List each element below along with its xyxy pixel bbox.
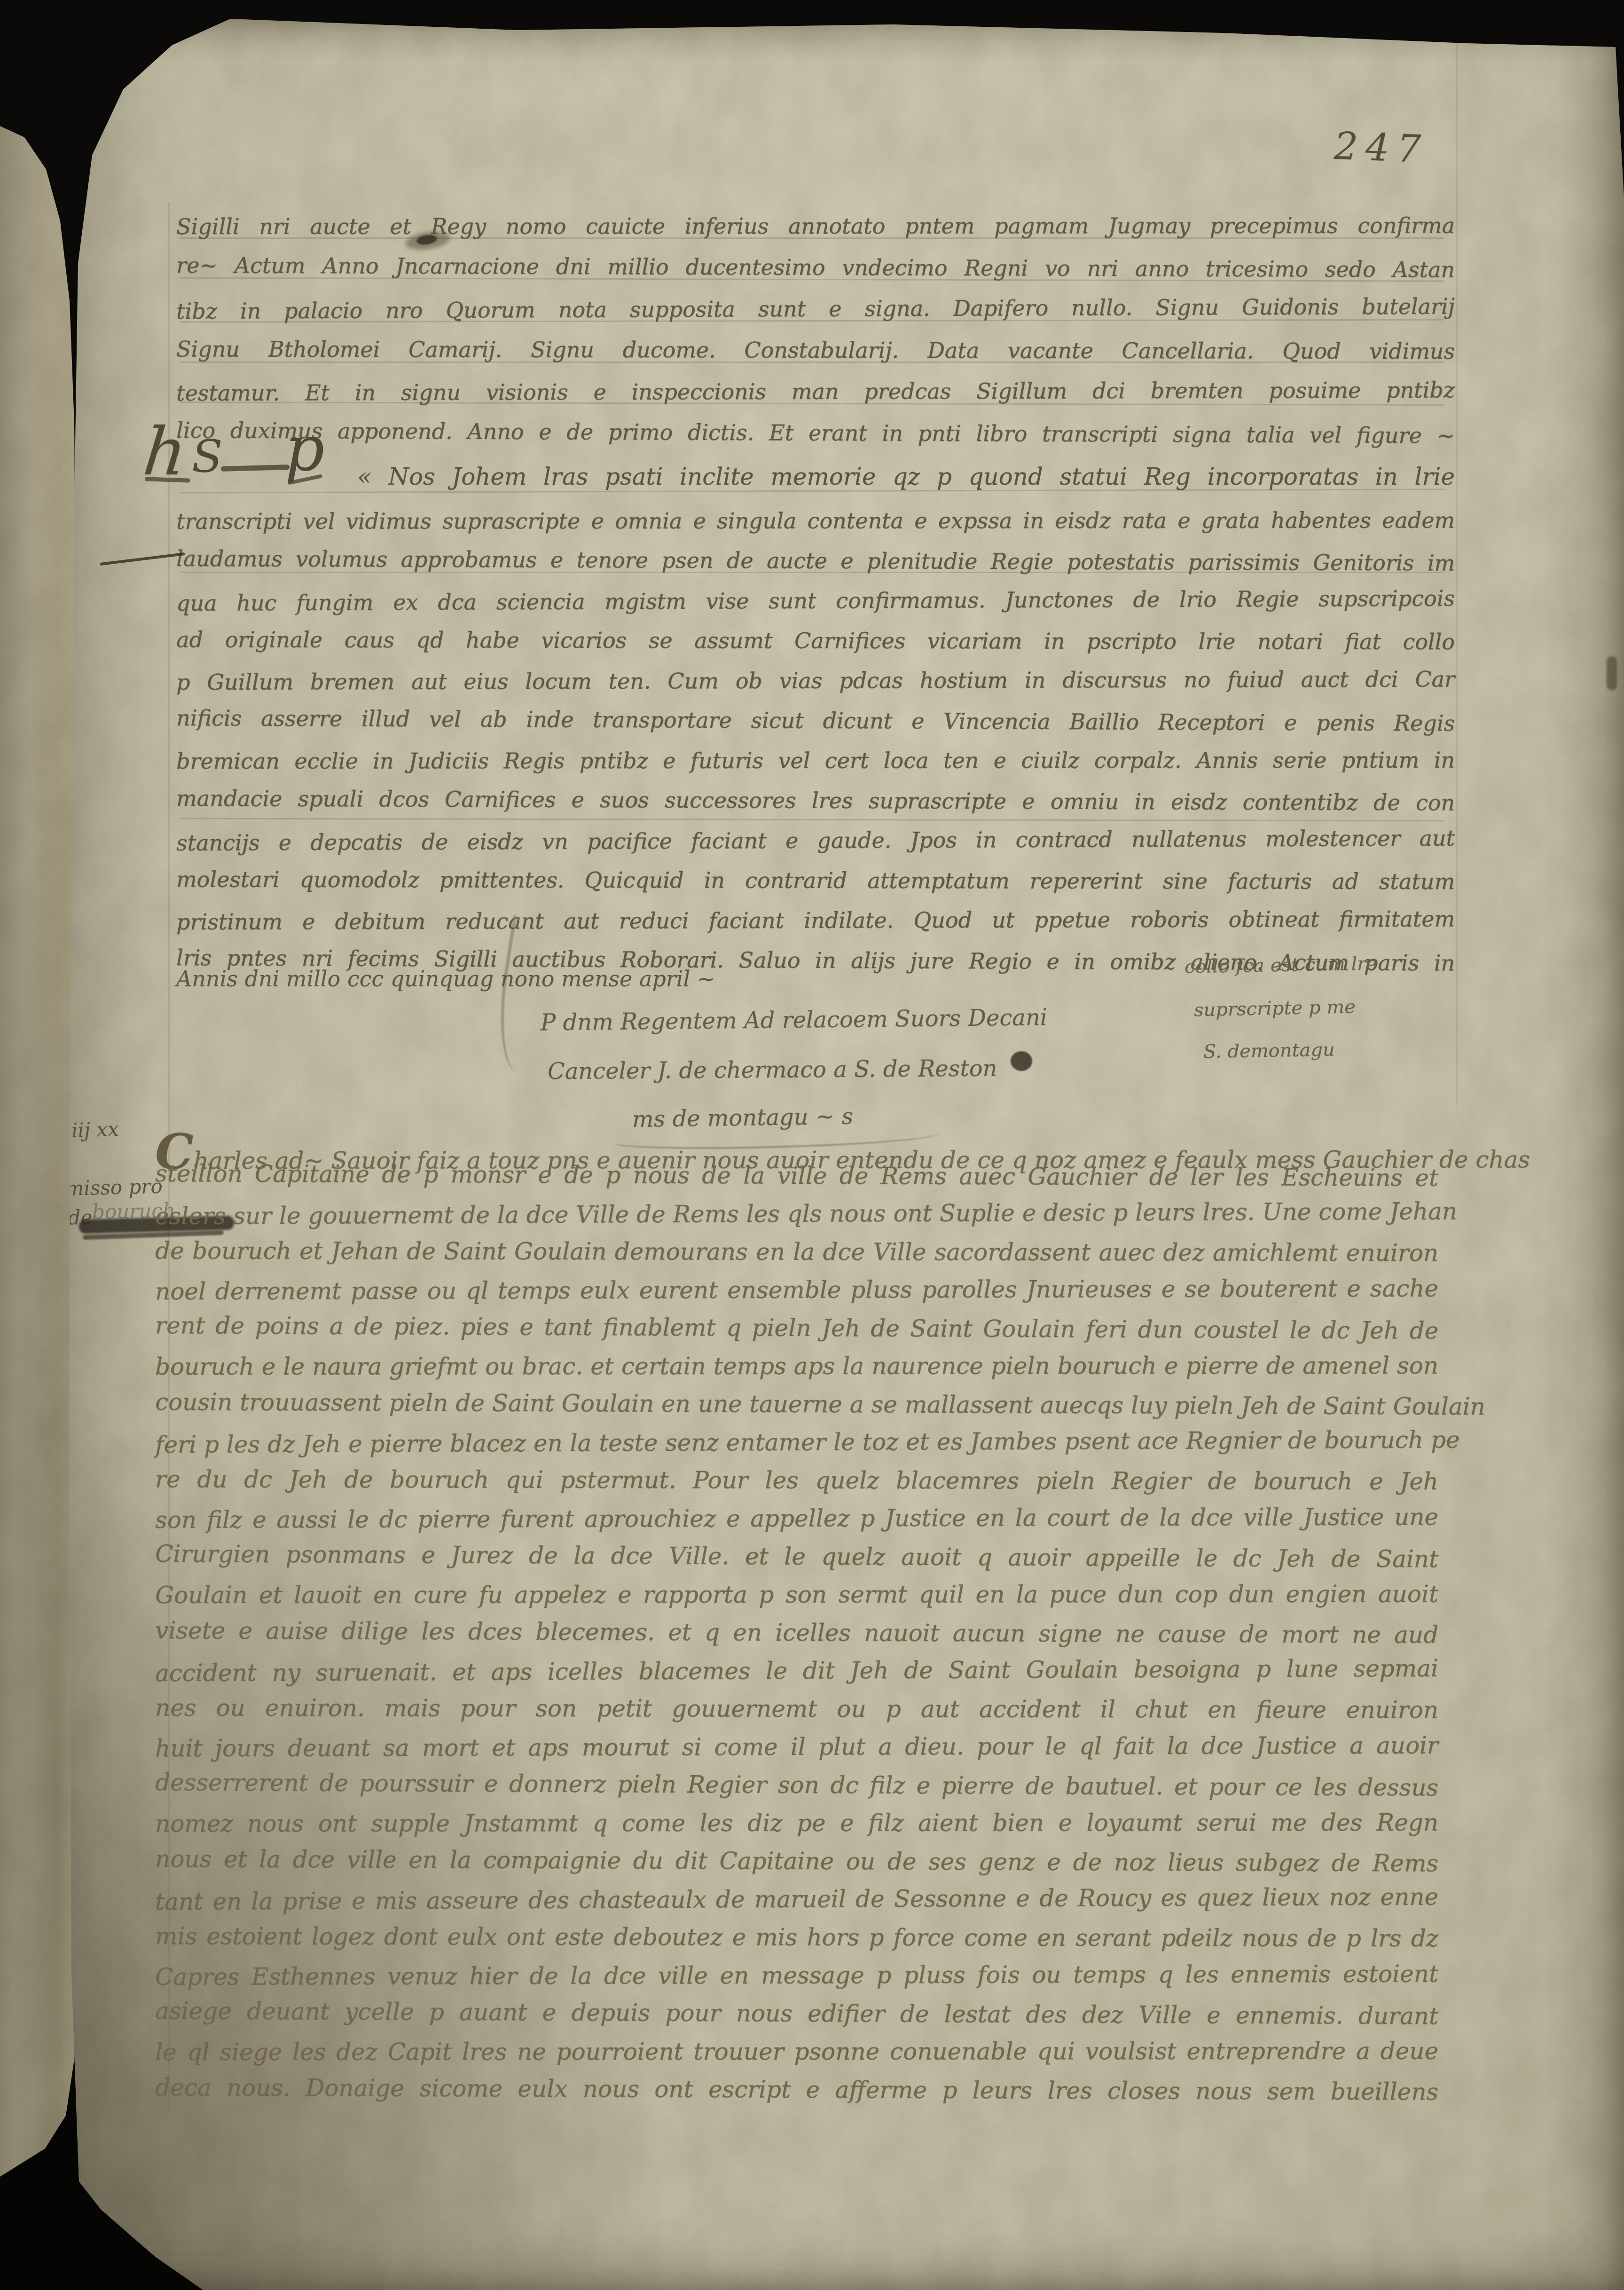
latin-line: pristinum e debitum reducant aut reduci … (176, 907, 1455, 947)
ink-mark-page-edge (1607, 656, 1617, 690)
latin-line: molestari quomodolz pmittentes. Quicquid… (176, 867, 1455, 906)
monogram-glyph-s: S (192, 430, 223, 483)
monogram-bar-stroke (221, 464, 290, 472)
latin-line: re~ Actum Anno Jncarnacione dni millio d… (176, 253, 1455, 294)
latin-line: tibz in palacio nro Quorum nota supposit… (176, 294, 1455, 336)
french-line: asiege deuant ycelle p auant e depuis po… (155, 1998, 1438, 2039)
french-line: cousin trouuassent pieln de Saint Goulai… (155, 1389, 1438, 1430)
latin-signa-intro-line: « Nos Johem lras psati inclite memorie q… (357, 463, 1455, 490)
french-line: deca nous. Donaige sicome eulx nous ont … (155, 2074, 1438, 2116)
latin-line: ad originale caus qd habe vicarios se as… (176, 628, 1455, 667)
french-line: bouruch e le naura griefmt ou brac. et c… (155, 1353, 1438, 1390)
french-line: re du dc Jeh de bouruch qui pstermut. Po… (155, 1466, 1438, 1505)
latin-line: bremican ecclie in Judiciis Regis pntibz… (176, 748, 1455, 786)
french-line: noel derrenemt passe ou ql temps eulx eu… (155, 1275, 1438, 1315)
latin-line: p Guillum bremen aut eius locum ten. Cum… (176, 667, 1455, 707)
french-line: huit jours deuant sa mort et aps mourut … (155, 1732, 1438, 1772)
french-line: mis estoient logez dont eulx ont este de… (155, 1923, 1438, 1962)
latin-line: mandacie spuali dcos Carnifices e suos s… (176, 786, 1455, 827)
french-line: tant en la prise e mis asseure des chast… (155, 1884, 1438, 1925)
latin-line: testamur. Et in signu visionis e inspecc… (176, 378, 1455, 418)
folio-number: 247 (1333, 124, 1438, 172)
french-line: nomez nous ont supple Jnstammt q come le… (155, 1810, 1438, 1847)
french-line: nous et la dce ville en la compaignie du… (155, 1846, 1438, 1887)
latin-line: stancijs e depcatis de eisdz vn pacifice… (176, 826, 1455, 867)
collation-note-line: S. demontagu (1203, 1039, 1335, 1063)
latin-line: nificis asserre illud vel ab inde transp… (176, 706, 1455, 748)
french-line: Charles ad~ Sauoir faiz a touz pns e aue… (155, 1124, 1438, 1162)
french-line: son filz e aussi le dc pierre furent apr… (155, 1504, 1438, 1544)
latin-line: Sigilli nri aucte et Regy nomo cauicte i… (176, 213, 1455, 251)
french-line: nes ou enuiron. mais pour son petit gouu… (155, 1695, 1438, 1734)
collation-note-line: suprscripte p me (1194, 996, 1356, 1021)
french-line: feri p les dz Jeh e pierre blacez en la … (155, 1427, 1438, 1468)
latin-line: lico duximus apponend. Anno e de primo d… (176, 418, 1455, 460)
margin-ruling-right (1456, 33, 1458, 1105)
french-line: desserrerent de pourssuir e donnerz piel… (155, 1769, 1438, 1811)
french-line: Cirurgien psonmans e Jurez de la dce Vil… (155, 1541, 1438, 1582)
latin-line: laudamus volumus approbamus e tenore pse… (176, 546, 1455, 587)
french-line: Goulain et lauoit en cure fu appelez e r… (155, 1581, 1438, 1619)
french-line: rent de poins a de piez. pies e tant fin… (155, 1312, 1438, 1354)
margin-dash-mark (100, 552, 185, 566)
french-line: accident ny suruenait. et aps icelles bl… (155, 1655, 1438, 1697)
french-line: visete e auise dilige les dces blecemes.… (155, 1617, 1438, 1659)
french-line: le ql siege les dez Capit lres ne pourro… (155, 2038, 1438, 2076)
collation-note-line: collo fca est cum lre (1185, 952, 1378, 977)
french-line: de bouruch et Jehan de Saint Goulain dem… (155, 1238, 1438, 1277)
french-line: eslers sur le gouuernemt de la dce Ville… (155, 1198, 1438, 1240)
latin-line: qua huc fungim ex dca sciencia mgistm vi… (176, 586, 1455, 628)
latin-line: transcripti vel vidimus suprascripte e o… (176, 508, 1455, 546)
manuscript-photo: 247 Sigilli nri aucte et Regy nomo cauic… (0, 0, 1624, 2290)
subscription-line-2: Canceler J. de chermaco a S. de Reston (548, 1055, 997, 1085)
french-line: Capres Esthennes venuz hier de la dce vi… (155, 1961, 1438, 2001)
latin-line: Signu Btholomei Camarij. Signu ducome. C… (176, 337, 1455, 376)
ink-blot (1011, 1051, 1032, 1071)
subscription-line-1: P dnm Regentem Ad relacoem Suors Decani (541, 1004, 1048, 1036)
french-line: steillon Capitaine de p monsr e de p nou… (155, 1160, 1438, 1202)
manuscript-page: 247 Sigilli nri aucte et Regy nomo cauic… (0, 0, 1624, 2290)
